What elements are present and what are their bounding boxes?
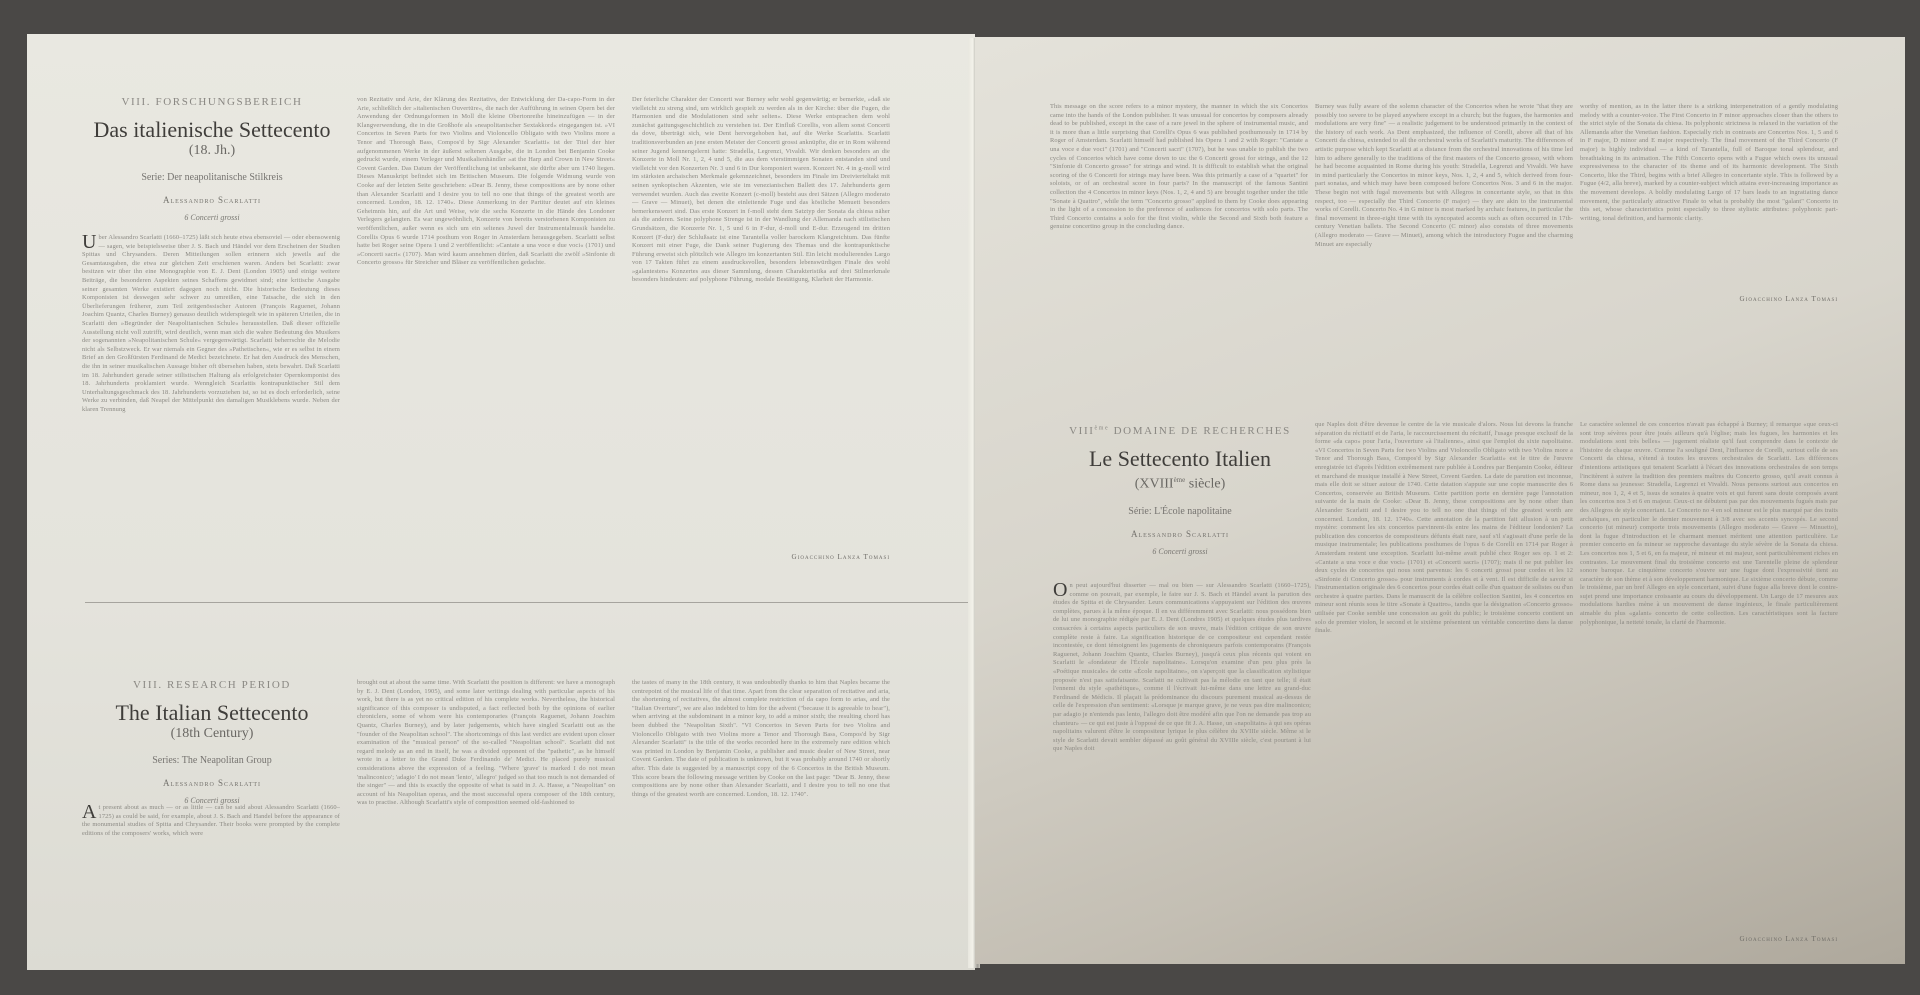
english-column-5: Burney was fully aware of the solemn cha… <box>1315 103 1573 363</box>
left-page: VIII. FORSCHUNGSBEREICH Das italienische… <box>27 34 975 970</box>
english-subtitle: (18th Century) <box>87 725 337 743</box>
german-composer: Alessandro Scarlatti <box>87 195 337 205</box>
english-header: VIII. RESEARCH PERIOD The Italian Settec… <box>87 679 337 805</box>
french-title: Le Settecento Italien <box>1055 447 1305 471</box>
section-divider <box>85 602 975 603</box>
german-kicker: VIII. FORSCHUNGSBEREICH <box>87 96 337 108</box>
english-signature: Gioacchino Lanza Tomasi <box>1580 295 1838 303</box>
english-column-3: the tastes of many in the 18th century, … <box>632 679 890 889</box>
german-column-2: von Rezitativ und Arie, der Klärung des … <box>357 96 615 566</box>
english-kicker: VIII. RESEARCH PERIOD <box>87 679 337 691</box>
english-title: The Italian Settecento <box>87 701 337 725</box>
drop-cap: O <box>1053 582 1068 598</box>
drop-cap: Ü <box>82 234 97 250</box>
german-subtitle: (18. Jh.) <box>87 142 337 160</box>
french-subtitle: (XVIIIème siècle) <box>1055 471 1305 494</box>
french-header: VIIIème DOMAINE DE RECHERCHES Le Settece… <box>1055 425 1305 556</box>
french-work: 6 Concerti grossi <box>1055 547 1305 556</box>
french-kicker: VIIIème DOMAINE DE RECHERCHES <box>1055 425 1305 437</box>
german-column-1: Über Alessandro Scarlatti (1660–1725) lä… <box>82 234 340 564</box>
french-signature: Gioacchino Lanza Tomasi <box>1580 935 1838 943</box>
right-page: This message on the score refers to a mi… <box>975 37 1905 964</box>
english-column-6: worthy of mention, as in the latter ther… <box>1580 103 1838 278</box>
german-signature: Gioacchino Lanza Tomasi <box>632 553 890 561</box>
french-column-3: Le caractère solennel de ces concertos n… <box>1580 421 1838 931</box>
german-series: Serie: Der neapolitanische Stilkreis <box>87 172 337 183</box>
french-series: Série: L'École napolitaine <box>1055 506 1305 517</box>
english-column-1: At present about as much — or as little … <box>82 804 340 904</box>
english-composer: Alessandro Scarlatti <box>87 778 337 788</box>
french-composer: Alessandro Scarlatti <box>1055 529 1305 539</box>
german-column-3: Der feierliche Charakter der Concerti wa… <box>632 96 890 534</box>
french-column-2: que Naples doit d'être devenue le centre… <box>1315 421 1573 939</box>
french-column-1: On peut aujourd'hui disserter — mal ou b… <box>1053 582 1311 942</box>
drop-cap: A <box>82 804 97 820</box>
german-title: Das italienische Settecento <box>87 118 337 142</box>
german-header: VIII. FORSCHUNGSBEREICH Das italienische… <box>87 96 337 222</box>
english-column-2: brought out at about the same time. With… <box>357 679 615 964</box>
english-column-4: This message on the score refers to a mi… <box>1050 103 1308 368</box>
english-series: Series: The Neapolitan Group <box>87 755 337 766</box>
german-work: 6 Concerti grossi <box>87 213 337 222</box>
